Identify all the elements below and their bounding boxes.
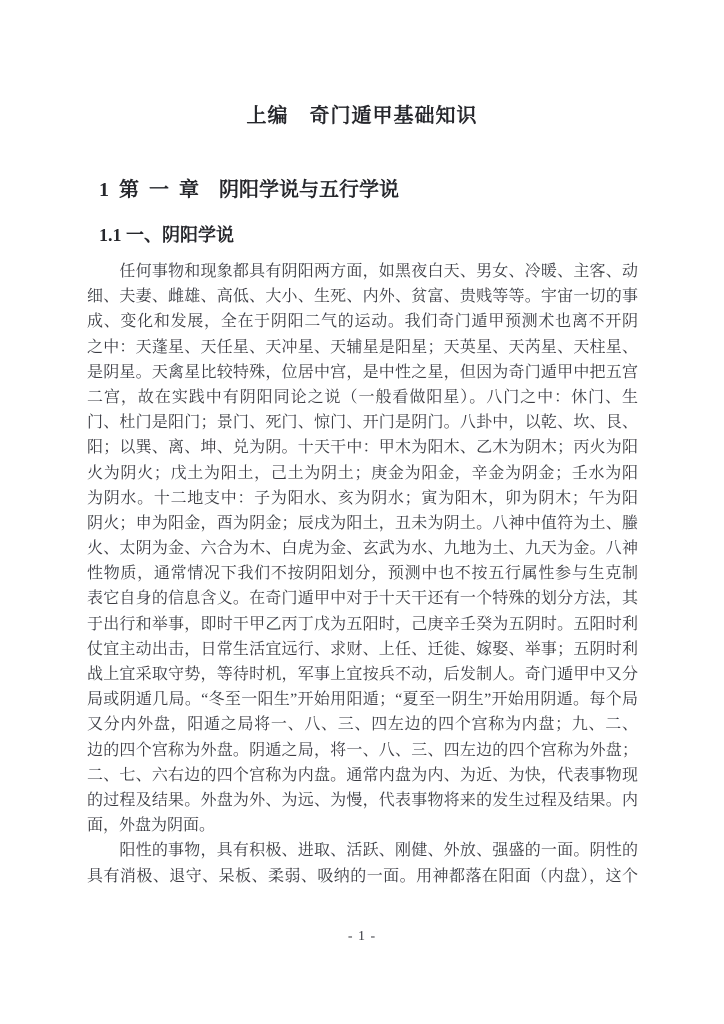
text-line: 战上宜采取守势，等待时机，军事上宜按兵不动，后发制人。奇门遁甲中又分阳遁几 — [87, 662, 638, 687]
text-line: 火为阴火；戊土为阳土，己土为阴土；庚金为阳金，辛金为阴金；壬水为阳水、癸水 — [87, 461, 638, 486]
page-number: - 1 - — [0, 929, 724, 945]
text-line: 性物质，通常情况下我们不按阴阳划分，预测中也不按五行属性参与生克制化，只代 — [87, 561, 638, 586]
text-line: 二、七、六右边的四个宫称为内盘。通常内盘为内、为近、为快，代表事物现在发生 — [87, 763, 638, 788]
text-line: 是阴星。天禽星比较特殊，位居中宫，是中性之星，但因为奇门遁甲中把五宫寄于坤 — [87, 360, 638, 385]
text-line: 之中：天蓬星、天任星、天冲星、天辅星是阳星；天英星、天芮星、天柱星、天心星 — [87, 335, 638, 360]
section-heading: 1.1 一、阴阳学说 — [99, 221, 234, 247]
text-line: 阳性的事物，具有积极、进取、活跃、刚健、外放、强盛的一面。阴性的事物， — [87, 838, 638, 863]
text-line: 具有消极、退守、呆板、柔弱、吸纳的一面。用神都落在阳面（内盘），这个事情就 — [87, 864, 638, 889]
text-line: 细、夫妻、雌雄、高低、大小、生死、内外、贫富、贵贱等等。宇宙一切的事物的形 — [87, 284, 638, 309]
document-page: 上编 奇门遁甲基础知识 1 第 一 章 阴阳学说与五行学说 1.1 一、阴阳学说… — [0, 0, 724, 1024]
chapter-heading: 1 第 一 章 阴阳学说与五行学说 — [99, 173, 399, 202]
text-line: 门、杜门是阳门；景门、死门、惊门、开门是阴门。八卦中，以乾、坎、艮、震为 — [87, 410, 638, 435]
document-title: 上编 奇门遁甲基础知识 — [0, 99, 724, 128]
text-line: 又分内外盘，阳遁之局将一、八、三、四左边的四个宫称为内盘；九、二、七、六右 — [87, 712, 638, 737]
text-line: 边的四个宫称为外盘。阴遁之局，将一、八、三、四左边的四个宫称为外盘；九、 — [87, 738, 638, 763]
text-line: 阴火；申为阳金，酉为阴金；辰戌为阳土，丑未为阴土。八神中值符为土、螣蛇为 — [87, 511, 638, 536]
text-line: 局或阴遁几局。“冬至一阳生”开始用阳遁；“夏至一阴生”开始用阴遁。每个局中 — [87, 687, 638, 712]
text-line: 火、太阴为金、六合为木、白虎为金、玄武为水、九地为土、九天为金。八神属于阴 — [87, 536, 638, 561]
text-line: 的过程及结果。外盘为外、为远、为慢，代表事物将来的发生过程及结果。内盘为阳 — [87, 788, 638, 813]
text-line: 二宫，故在实践中有阴阳同论之说（一般看做阳星）。八门之中：休门、生门、伤 — [87, 385, 638, 410]
text-line: 任何事物和现象都具有阴阳两方面，如黑夜白天、男女、冷暖、主客、动静、粗 — [87, 259, 638, 284]
text-line: 阳；以巽、离、坤、兑为阴。十天干中：甲木为阳木、乙木为阴木；丙火为阳火、丁 — [87, 435, 638, 460]
text-line: 表它自身的信息含义。在奇门遁甲中对于十天干还有一个特殊的划分方法，其主要用 — [87, 586, 638, 611]
body-text: 任何事物和现象都具有阴阳两方面，如黑夜白天、男女、冷暖、主客、动静、粗细、夫妻、… — [87, 259, 638, 889]
paragraph: 任何事物和现象都具有阴阳两方面，如黑夜白天、男女、冷暖、主客、动静、粗细、夫妻、… — [87, 259, 638, 838]
text-line: 成、变化和发展，全在于阴阳二气的运动。我们奇门遁甲预测术也离不开阴阳。九星 — [87, 309, 638, 334]
text-line: 于出行和举事，即时干甲乙丙丁戊为五阳时，己庚辛壬癸为五阴时。五阳时利客，打 — [87, 612, 638, 637]
text-line: 仗宜主动出击，日常生活宜远行、求财、上任、迁徙、嫁娶、举事；五阴时利主，商 — [87, 637, 638, 662]
paragraph: 阳性的事物，具有积极、进取、活跃、刚健、外放、强盛的一面。阴性的事物，具有消极、… — [87, 838, 638, 888]
text-line: 面，外盘为阴面。 — [87, 813, 638, 838]
text-line: 为阴水。十二地支中：子为阳水、亥为阴水；寅为阳木，卯为阴木；午为阳火，巳为 — [87, 486, 638, 511]
